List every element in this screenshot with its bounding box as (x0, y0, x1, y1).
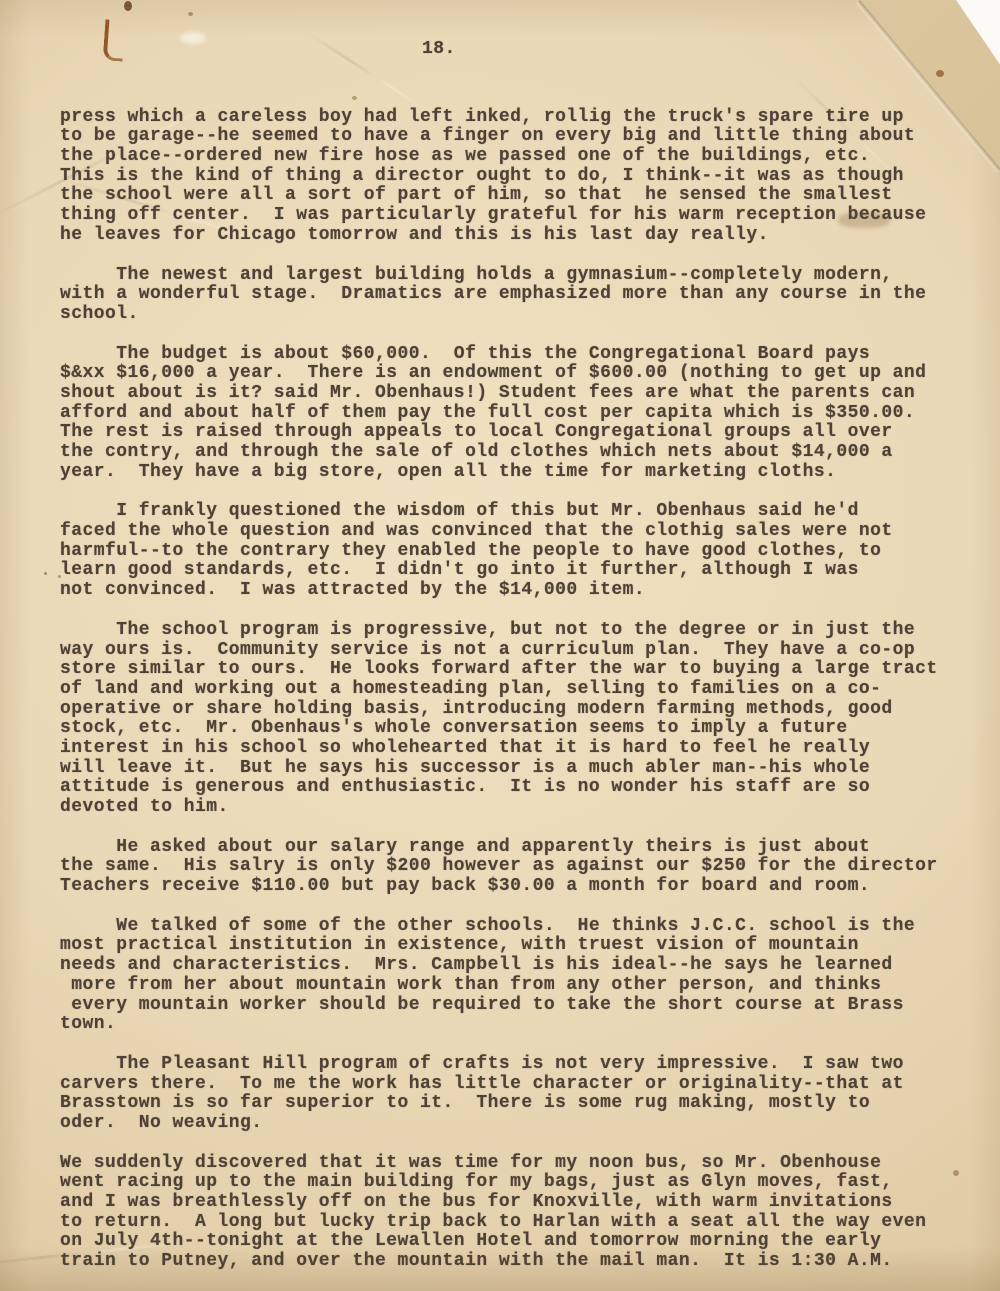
text-line: carvers there. To me the work has little… (60, 1075, 938, 1095)
text-line: operative or share holding basis, introd… (60, 700, 938, 720)
text-line: on July 4th--tonight at the Lewallen Hot… (60, 1232, 938, 1252)
stain-spot (44, 572, 47, 575)
scanned-page: 18. press which a careless boy had left … (0, 0, 1000, 1291)
text-line: devoted to him. (60, 798, 938, 818)
text-line: stock, etc. Mr. Obenhaus's whole convers… (60, 719, 938, 739)
text-line: he leaves for Chicago tomorrow and this … (60, 226, 938, 246)
paper-sheet: 18. press which a careless boy had left … (0, 0, 1000, 1291)
text-line: way ours is. Community service is not a … (60, 641, 938, 661)
paragraph: The budget is about $60,000. Of this the… (60, 345, 938, 483)
text-line: of land and working out a homesteading p… (60, 680, 938, 700)
paragraph: I frankly questioned the wisdom of this … (60, 502, 938, 600)
text-line: every mountain worker should be required… (60, 996, 938, 1016)
text-line: press which a careless boy had left inke… (60, 108, 938, 128)
text-line: The Pleasant Hill program of crafts is n… (60, 1055, 938, 1075)
paragraph: press which a careless boy had left inke… (60, 108, 938, 246)
text-line: $&xx $16,000 a year. There is an endowme… (60, 364, 938, 384)
text-line: We suddenly discovered that it was time … (60, 1154, 938, 1174)
typewritten-text: 18. press which a careless boy had left … (60, 40, 938, 1291)
text-line: with a wonderful stage. Dramatics are em… (60, 285, 938, 305)
text-line: We talked of some of the other schools. … (60, 917, 938, 937)
text-line: faced the whole question and was convinc… (60, 522, 938, 542)
text-line: will leave it. But he says his successor… (60, 759, 938, 779)
text-line: and I was breathlessly off on the bus fo… (60, 1193, 938, 1213)
text-line: school. (60, 305, 938, 325)
paragraph: The newest and largest building holds a … (60, 266, 938, 325)
text-line: Teachers receive $110.00 but pay back $3… (60, 877, 938, 897)
text-line: the place--ordered new fire hose as we p… (60, 147, 938, 167)
text-line: train to Putney, and over the mountain w… (60, 1252, 938, 1272)
text-line: more from her about mountain work than f… (60, 976, 938, 996)
stain-spot (953, 1170, 959, 1176)
paragraph: The school program is progressive, but n… (60, 621, 938, 818)
text-line: the same. His salry is only $200 however… (60, 857, 938, 877)
text-line: needs and characteristics. Mrs. Campbell… (60, 956, 938, 976)
text-line: attitude is generous and enthusiastic. I… (60, 778, 938, 798)
text-line: the contry, and through the sale of old … (60, 443, 938, 463)
paragraph: We suddenly discovered that it was time … (60, 1154, 938, 1272)
text-line: Brasstown is so far superior to it. Ther… (60, 1094, 938, 1114)
stain-spot (936, 70, 944, 77)
paragraph: He asked about our salary range and appa… (60, 838, 938, 897)
ink-blot (124, 1, 132, 11)
text-line: He asked about our salary range and appa… (60, 838, 938, 858)
stain-spot (188, 12, 193, 16)
text-line: interest in his school so wholehearted t… (60, 739, 938, 759)
text-line: the school were all a sort of part of hi… (60, 186, 938, 206)
text-line: The school program is progressive, but n… (60, 621, 938, 641)
text-line: to return. A long but lucky trip back to… (60, 1213, 938, 1233)
text-line: The budget is about $60,000. Of this the… (60, 345, 938, 365)
text-line: learn good standards, etc. I didn't go i… (60, 561, 938, 581)
text-line: This is the kind of thing a director oug… (60, 167, 938, 187)
text-line: I frankly questioned the wisdom of this … (60, 502, 938, 522)
text-line: The newest and largest building holds a … (60, 266, 938, 286)
text-line: went racing up to the main building for … (60, 1173, 938, 1193)
text-line: The rest is raised through appeals to lo… (60, 423, 938, 443)
text-line: shout about is it? said Mr. Obenhaus!) S… (60, 384, 938, 404)
text-line: to be garage--he seemed to have a finger… (60, 127, 938, 147)
page-number: 18. (422, 40, 938, 60)
text-line: town. (60, 1015, 938, 1035)
paragraph: We talked of some of the other schools. … (60, 917, 938, 1035)
text-line: not convinced. I was attracted by the $1… (60, 581, 938, 601)
text-line: afford and about half of them pay the fu… (60, 404, 938, 424)
text-line: store similar to ours. He looks forward … (60, 660, 938, 680)
text-line: most practical institution in existence,… (60, 936, 938, 956)
paragraph: The Pleasant Hill program of crafts is n… (60, 1055, 938, 1134)
text-line: oder. No weaving. (60, 1114, 938, 1134)
text-line: thing off center. I was particularly gra… (60, 206, 938, 226)
text-line: harmful--to the contrary they enabled th… (60, 542, 938, 562)
text-line: year. They have a big store, open all th… (60, 463, 938, 483)
